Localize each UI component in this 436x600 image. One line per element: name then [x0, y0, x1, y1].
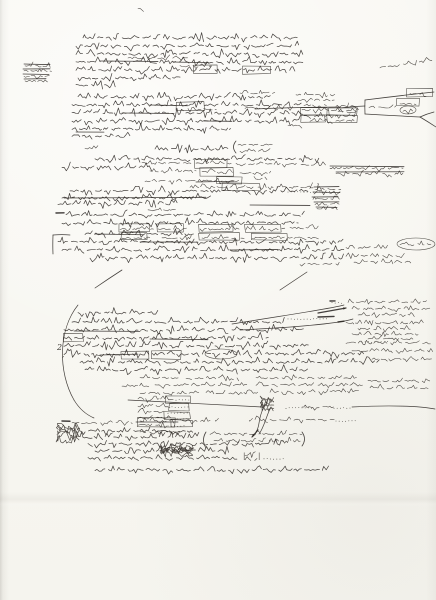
svg-text:/: / [309, 182, 313, 190]
interline-fragment-ink [85, 141, 272, 153]
manuscript-photo: /]/2,✓✓|| [0, 0, 436, 600]
dust-speck-ink [138, 8, 144, 11]
paragraph-2-ink [72, 90, 357, 139]
section-2-ink: 2, [56, 299, 433, 418]
paragraph-1-ink [76, 33, 303, 89]
paragraph-3-ink: ]/ [58, 155, 404, 210]
left-margin-note-ink [23, 62, 52, 82]
svg-text:✓: ✓ [248, 417, 253, 424]
svg-text:,: , [62, 351, 64, 359]
svg-text:|: | [258, 452, 260, 460]
svg-text:✓: ✓ [214, 417, 219, 424]
paragraph-4-ink [53, 224, 435, 266]
separator-slashes-ink [95, 270, 307, 290]
ink-layer: /]/2,✓✓|| [0, 0, 436, 600]
diagonal-margin-note-ink [380, 57, 433, 71]
svg-text:|: | [243, 452, 245, 460]
revision-cluster-ink: ✓ [122, 374, 435, 437]
